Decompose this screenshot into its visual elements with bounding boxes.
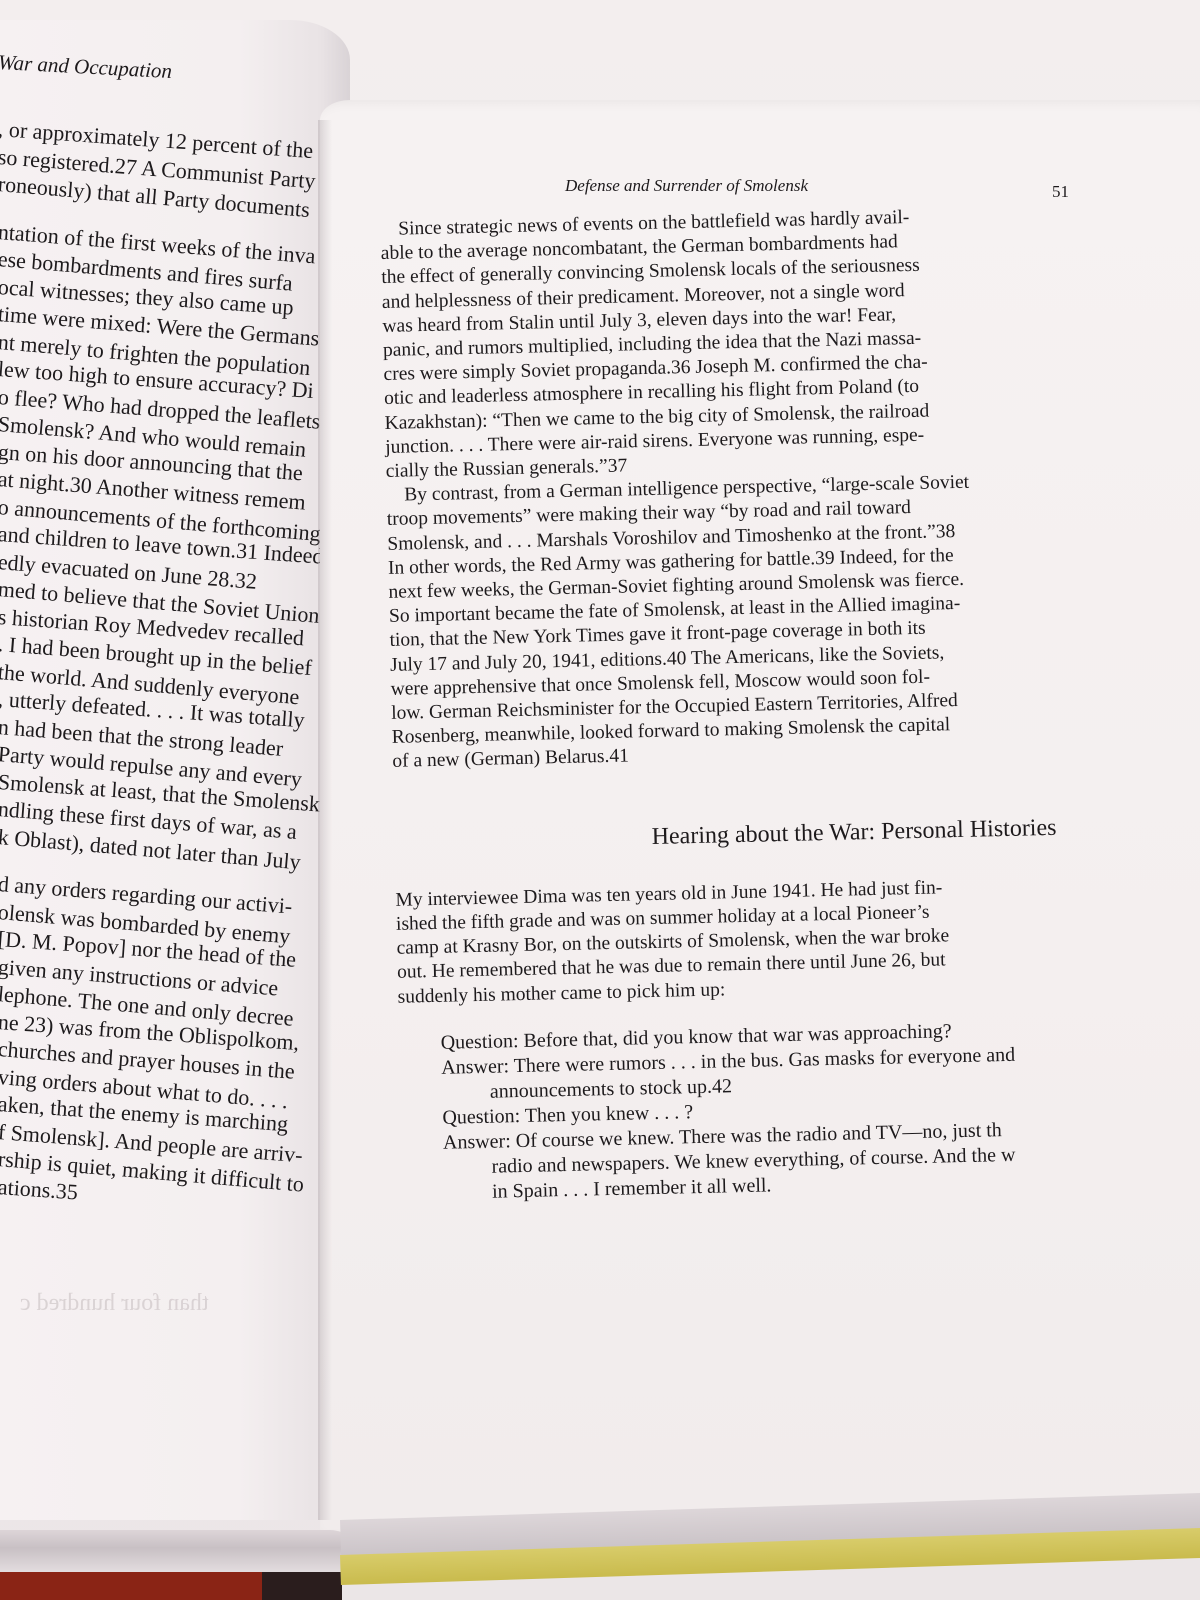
right-page-text: Since strategic news of events on the ba…	[380, 200, 1182, 1206]
left-page-edge	[0, 1530, 360, 1575]
paragraph-3: My interviewee Dima was ten years old in…	[395, 871, 1178, 1010]
paragraph-1: Since strategic news of events on the ba…	[380, 200, 1166, 484]
section-heading: Hearing about the War: Personal Historie…	[394, 813, 1174, 855]
gutter-shadow	[318, 120, 332, 1520]
book-spine-dark	[262, 1572, 342, 1600]
left-page-text: , or approximately 12 percent of theso r…	[0, 115, 350, 1200]
page-number: 51	[1052, 182, 1069, 202]
interview-block: Question: Before that, did you know that…	[398, 1014, 1182, 1207]
book-cover-red	[0, 1572, 265, 1600]
left-page: War and Occupation , or approximately 12…	[0, 20, 350, 1520]
bleed-through-text: than four hundred c	[20, 1290, 209, 1317]
left-running-head: War and Occupation	[0, 50, 173, 84]
paragraph-2: By contrast, from a German intelligence …	[386, 466, 1172, 774]
right-running-head: Defense and Surrender of Smolensk	[565, 176, 808, 196]
